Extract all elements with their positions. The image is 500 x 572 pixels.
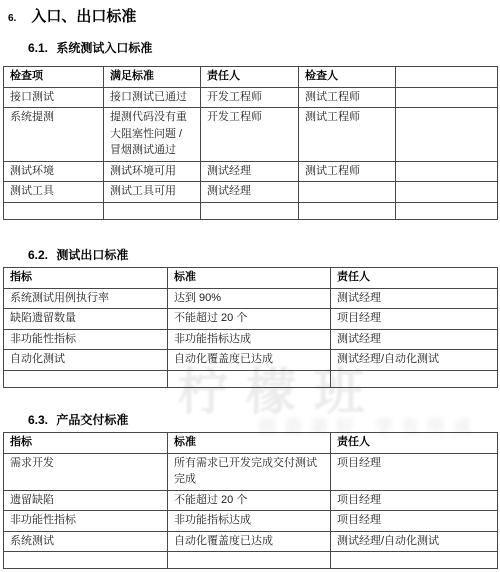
table-cell: 达到 90% — [168, 288, 331, 309]
table-cell: 项目经理 — [331, 490, 498, 511]
table-cell: 测试经理 — [331, 288, 498, 309]
column-header: 指标 — [4, 433, 168, 454]
table-header-row: 指标 标准 责任人 — [4, 268, 498, 289]
table-cell: 测试经理 — [201, 182, 299, 203]
table-cell — [201, 202, 299, 219]
table-cell: 不能超过 20 个 — [168, 309, 331, 330]
table-cell: 接口测试已通过 — [104, 87, 201, 108]
column-header: 标准 — [168, 268, 331, 289]
table-cell — [396, 202, 498, 219]
table-row: 系统提测 提测代码没有重大阻塞性问题 / 冒烟测试通过 开发工程师 测试工程师 — [4, 108, 498, 162]
table-cell — [104, 202, 201, 219]
section-number: 6.3. — [28, 413, 48, 427]
table-row: 遗留缺陷 不能超过 20 个 项目经理 — [4, 490, 498, 511]
table-row: 缺陷遗留数量 不能超过 20 个 项目经理 — [4, 309, 498, 330]
section-title: 测试出口标准 — [56, 248, 128, 262]
table-row: 系统测试 自动化覆盖度已达成 测试经理/自动化测试 — [4, 531, 498, 552]
table-cell: 测试工程师 — [299, 161, 396, 182]
table-cell: 系统测试 — [4, 531, 168, 552]
table-row: 接口测试 接口测试已通过 开发工程师 测试工程师 — [4, 87, 498, 108]
table-row: 非功能性指标 非功能指标达成 项目经理 — [4, 511, 498, 532]
table-cell: 非功能性指标 — [4, 511, 168, 532]
table-row: 非功能性指标 非功能指标达成 测试经理 — [4, 329, 498, 350]
table-cell: 测试经理/自动化测试 — [331, 531, 498, 552]
column-header: 标准 — [168, 433, 331, 454]
table-cell: 项目经理 — [331, 309, 498, 330]
section-number: 6.2. — [28, 248, 48, 262]
table-cell: 项目经理 — [331, 453, 498, 490]
table-cell: 遗留缺陷 — [4, 490, 168, 511]
table-cell: 缺陷遗留数量 — [4, 309, 168, 330]
table-cell: 自动化覆盖度已达成 — [168, 350, 331, 371]
table-cell: 接口测试 — [4, 87, 104, 108]
table-cell — [299, 202, 396, 219]
table-cell — [396, 87, 498, 108]
section-heading-entry-criteria: 6.1. 系统测试入口标准 — [28, 39, 152, 56]
table-cell: 不能超过 20 个 — [168, 490, 331, 511]
column-header: 责任人 — [331, 268, 498, 289]
table-cell — [396, 161, 498, 182]
table-cell: 系统提测 — [4, 108, 104, 162]
table-cell — [4, 552, 168, 569]
exit-criteria-table: 指标 标准 责任人 系统测试用例执行率 达到 90% 测试经理 缺陷遗留数量 不… — [3, 267, 498, 388]
column-header: 检查人 — [299, 67, 396, 88]
table-cell: 开发工程师 — [201, 87, 299, 108]
table-row: 测试环境 测试环境可用 测试经理 测试工程师 — [4, 161, 498, 182]
table-cell: 非功能指标达成 — [168, 511, 331, 532]
table-row — [4, 370, 498, 387]
column-header — [396, 67, 498, 88]
table-cell: 测试经理 — [201, 161, 299, 182]
table-cell: 非功能性指标 — [4, 329, 168, 350]
table-cell: 测试环境 — [4, 161, 104, 182]
section-title: 系统测试入口标准 — [56, 41, 152, 55]
table-cell — [168, 552, 331, 569]
table-cell: 开发工程师 — [201, 108, 299, 162]
delivery-criteria-table: 指标 标准 责任人 需求开发 所有需求已开发完成交付测试完成 项目经理 遗留缺陷… — [3, 432, 498, 569]
section-heading-exit-criteria: 6.2. 测试出口标准 — [28, 246, 128, 263]
table-header-row: 检查项 满足标准 责任人 检查人 — [4, 67, 498, 88]
table-row: 自动化测试 自动化覆盖度已达成 测试经理/自动化测试 — [4, 350, 498, 371]
table-cell: 自动化测试 — [4, 350, 168, 371]
column-header: 检查项 — [4, 67, 104, 88]
table-row — [4, 552, 498, 569]
table-cell — [4, 202, 104, 219]
table-cell — [396, 108, 498, 162]
table-cell: 测试经理/自动化测试 — [331, 350, 498, 371]
table-cell — [168, 370, 331, 387]
column-header: 指标 — [4, 268, 168, 289]
column-header: 满足标准 — [104, 67, 201, 88]
table-cell: 系统测试用例执行率 — [4, 288, 168, 309]
table-cell: 测试工程师 — [299, 87, 396, 108]
table-cell: 测试经理 — [331, 329, 498, 350]
table-cell: 提测代码没有重大阻塞性问题 / 冒烟测试通过 — [104, 108, 201, 162]
table-cell: 测试工具可用 — [104, 182, 201, 203]
table-cell — [331, 552, 498, 569]
document-page: 柠檬班 创造美好 学有所成 6. 入口、出口标准 6.1. 系统测试入口标准 检… — [0, 0, 500, 572]
page-title: 6. 入口、出口标准 — [8, 5, 136, 26]
table-cell: 测试工程师 — [299, 108, 396, 162]
table-row — [4, 202, 498, 219]
table-header-row: 指标 标准 责任人 — [4, 433, 498, 454]
heading-text: 入口、出口标准 — [31, 5, 136, 26]
section-title: 产品交付标准 — [56, 413, 128, 427]
table-row: 测试工具 测试工具可用 测试经理 — [4, 182, 498, 203]
section-number: 6.1. — [28, 41, 48, 55]
table-cell — [396, 182, 498, 203]
table-cell — [331, 370, 498, 387]
column-header: 责任人 — [201, 67, 299, 88]
table-cell: 项目经理 — [331, 511, 498, 532]
table-cell — [4, 370, 168, 387]
column-header: 责任人 — [331, 433, 498, 454]
table-cell: 测试工具 — [4, 182, 104, 203]
heading-number: 6. — [8, 13, 16, 24]
table-cell: 所有需求已开发完成交付测试完成 — [168, 453, 331, 490]
table-cell: 测试环境可用 — [104, 161, 201, 182]
table-cell: 需求开发 — [4, 453, 168, 490]
entry-criteria-table: 检查项 满足标准 责任人 检查人 接口测试 接口测试已通过 开发工程师 测试工程… — [3, 66, 498, 220]
table-cell — [299, 182, 396, 203]
table-cell: 自动化覆盖度已达成 — [168, 531, 331, 552]
table-cell: 非功能指标达成 — [168, 329, 331, 350]
table-row: 系统测试用例执行率 达到 90% 测试经理 — [4, 288, 498, 309]
section-heading-delivery-criteria: 6.3. 产品交付标准 — [28, 411, 128, 428]
table-row: 需求开发 所有需求已开发完成交付测试完成 项目经理 — [4, 453, 498, 490]
